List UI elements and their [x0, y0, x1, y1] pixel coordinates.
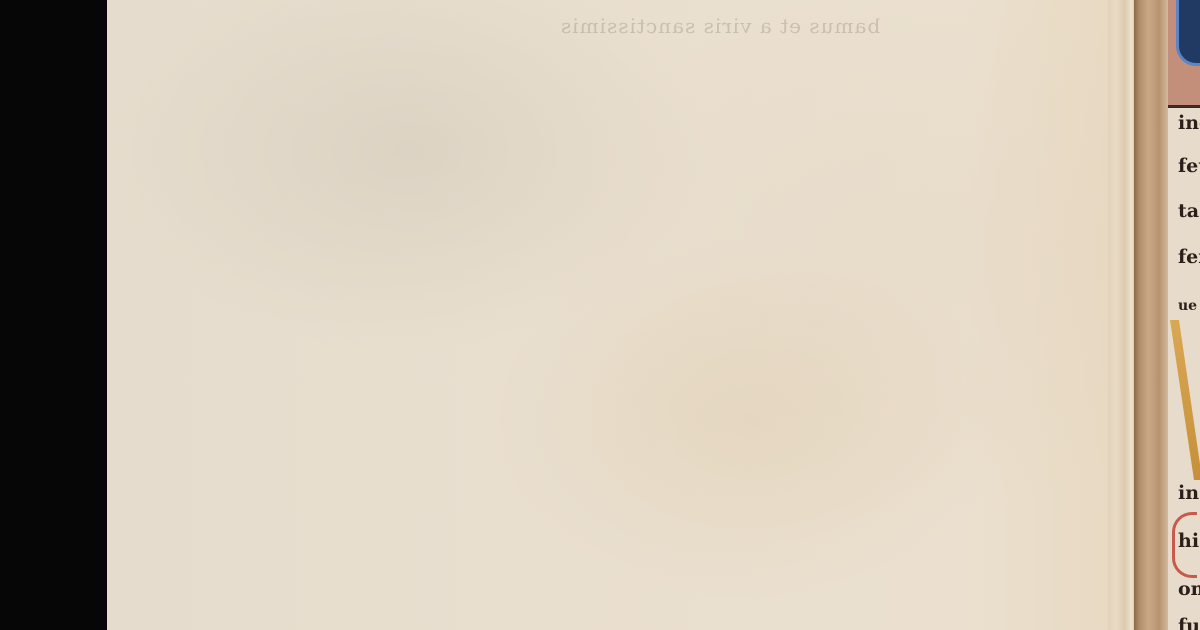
dark-background — [0, 0, 108, 630]
text-fragment: om — [1178, 578, 1200, 600]
text-fragment: in p — [1178, 482, 1200, 504]
illuminated-initial-v — [1170, 320, 1200, 480]
illuminated-initial-top — [1168, 0, 1200, 108]
blank-verso-page — [107, 0, 1115, 630]
gutter — [1134, 0, 1170, 630]
text-fragment: ue m — [1178, 298, 1200, 314]
facing-page: incl fetur ta h fem ue m in p hi d om fu — [1168, 0, 1200, 630]
text-fragment: fetur — [1178, 155, 1200, 177]
bleed-through-text: bamus et a viris sanctissimis — [560, 14, 880, 38]
text-fragment: fu — [1178, 615, 1200, 630]
text-fragment: fem — [1178, 246, 1200, 268]
text-fragment: hi d — [1178, 530, 1200, 552]
text-fragment: ta h — [1178, 200, 1200, 222]
page-edge — [1108, 0, 1136, 630]
text-fragment: incl — [1178, 112, 1200, 134]
